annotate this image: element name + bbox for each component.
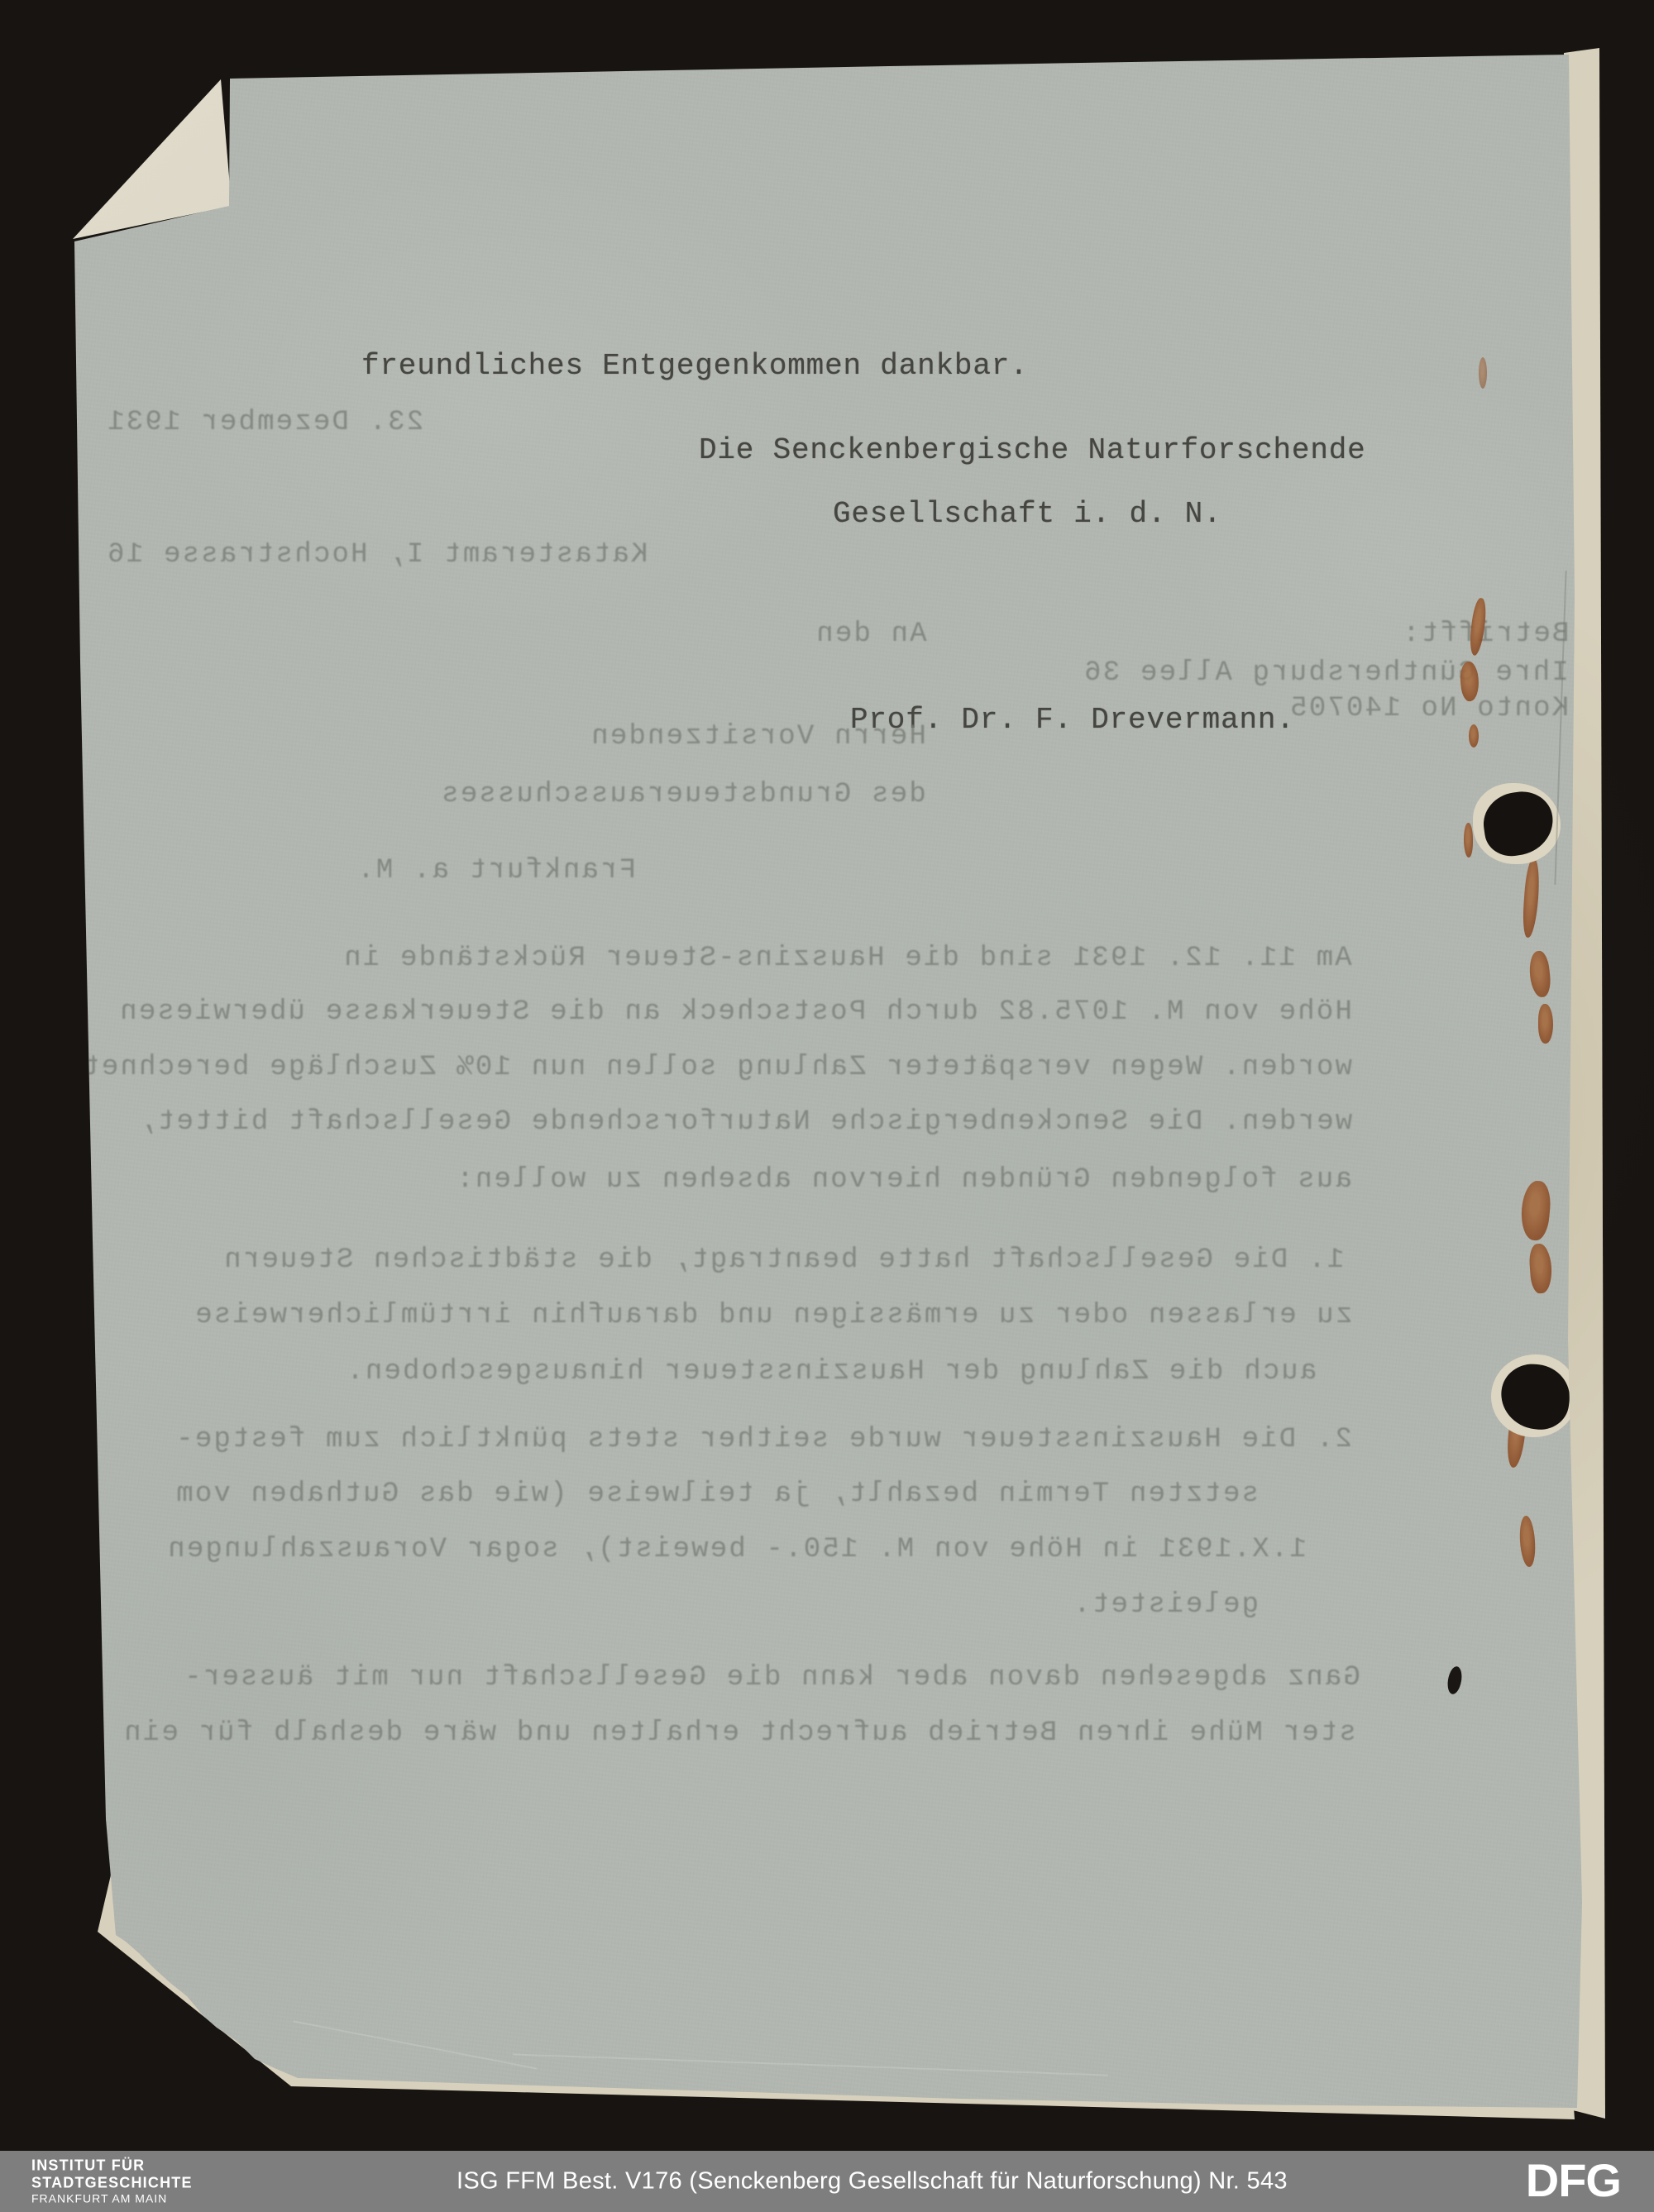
archive-footer-bar: INSTITUT FÜR STADTGESCHICHTE FRANKFURT A…: [0, 2151, 1654, 2212]
institute-logo: INSTITUT FÜR STADTGESCHICHTE FRANKFURT A…: [31, 2157, 193, 2206]
institute-name-line3: FRANKFURT AM MAIN: [31, 2192, 193, 2206]
verso-an-den: An den: [815, 619, 927, 650]
verso-addressee2: des Grundsteuerausschusses: [440, 779, 926, 810]
institute-name-line2: STADTGESCHICHTE: [31, 2175, 193, 2192]
verso-body-line: setzten Termin bezahlt, ja teilweise (wi…: [174, 1479, 1259, 1510]
verso-body-line: Ganz abgesehen davon aber kann die Gesel…: [183, 1662, 1360, 1694]
paper-crease: [294, 2020, 538, 2069]
verso-body-line: Am 11. 12. 1931 sind die Hauszins-Steuer…: [342, 943, 1352, 974]
verso-body-line: 1.X.1931 in Höhe von M. 150.- beweist), …: [166, 1534, 1307, 1565]
rust-stain: [1464, 823, 1473, 858]
verso-body-line: auch die Zahlung der Hauszinssteuer hina…: [345, 1356, 1317, 1388]
rust-stain: [1469, 724, 1479, 748]
verso-body-line: 1. Die Gesellschaft hatte beantragt, die…: [222, 1245, 1344, 1276]
verso-body-line: worden. Wegen verspäteter Zahlung sollen…: [81, 1052, 1352, 1083]
verso-body-line: Höhe von M. 1075.82 durch Postscheck an …: [118, 996, 1352, 1028]
scanned-document-view: freundliches Entgegenkommen dankbar. Die…: [0, 0, 1654, 2212]
verso-place: Frankfurt a. M.: [356, 855, 636, 886]
ink-fleck: [1446, 1665, 1464, 1695]
paper-crease: [513, 2053, 1108, 2076]
letter-sender-line2: Gesellschaft i. d. N.: [833, 497, 1221, 531]
verso-body-line: geleistet.: [1072, 1589, 1259, 1621]
verso-body-line: 2. Die Hauszinssteuer wurde seither stet…: [174, 1424, 1352, 1455]
rust-stain: [1519, 1180, 1552, 1242]
rust-stain: [1527, 950, 1552, 998]
verso-ref2: Konto No 140705: [1288, 693, 1569, 724]
rust-stain: [1518, 1516, 1536, 1568]
letter-closing-line: freundliches Entgegenkommen dankbar.: [361, 349, 1029, 383]
verso-body-line: werden. Die Senckenbergische Naturforsch…: [137, 1106, 1352, 1138]
verso-ref1: Ihre Günthersburg Allee 36: [1083, 657, 1569, 689]
letter-sender-line1: Die Senckenbergische Naturforschende: [699, 433, 1366, 467]
rust-stain: [1528, 1243, 1553, 1294]
verso-office: Katasteramt I, Hochstrasse 16: [106, 539, 648, 571]
institute-name-line1: INSTITUT FÜR: [31, 2157, 193, 2175]
rust-stain: [1522, 858, 1542, 939]
verso-body-line: ster Mühe ihren Betrieb aufrecht erhalte…: [122, 1718, 1356, 1749]
verso-body-line: aus folgenden Gründen hiervon absehen zu…: [455, 1164, 1352, 1196]
dfg-logo: DFG: [1526, 2153, 1621, 2207]
verso-body-line: zu erlassen oder zu ermässigen und darau…: [194, 1300, 1352, 1331]
verso-addressee1: Herrn Vorsitzenden: [590, 721, 926, 752]
document-page: freundliches Entgegenkommen dankbar. Die…: [0, 0, 1654, 2212]
rust-stain: [1479, 357, 1487, 389]
archive-reference: ISG FFM Best. V176 (Senckenberg Gesellsc…: [457, 2168, 1288, 2195]
rust-stain: [1538, 1004, 1553, 1044]
verso-date: 23. Dezember 1931: [106, 407, 423, 438]
